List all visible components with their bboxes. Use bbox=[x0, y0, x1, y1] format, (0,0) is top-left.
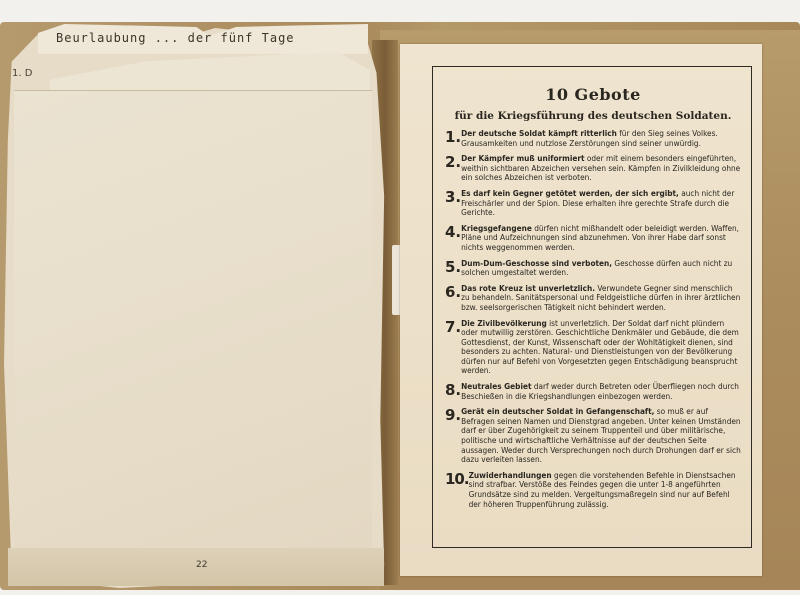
card-subtitle: für die Kriegsführung des deutschen Sold… bbox=[445, 110, 741, 122]
rule-bold-phrase: Neutrales Gebiet bbox=[461, 381, 531, 391]
left-page bbox=[14, 90, 372, 551]
rule-bold-phrase: Der Kämpfer muß uniformiert bbox=[461, 153, 584, 163]
rule-text: Der Kämpfer muß uniformiert oder mit ein… bbox=[461, 154, 741, 183]
rule-bold-phrase: Es darf kein Gegner getötet werden, der … bbox=[461, 188, 679, 198]
rule-text: Es darf kein Gegner getötet werden, der … bbox=[461, 189, 741, 218]
rule-bold-phrase: Die Zivilbevölkerung bbox=[461, 318, 547, 328]
rule-item: 1. Der deutsche Soldat kämpft ritterlich… bbox=[445, 129, 741, 148]
rule-text: Zuwiderhandlungen gegen die vorstehenden… bbox=[469, 471, 741, 509]
rule-number: 9. bbox=[445, 408, 461, 423]
rule-item: 8. Neutrales Gebiet darf weder durch Bet… bbox=[445, 382, 741, 401]
rule-number: 6. bbox=[445, 285, 461, 300]
rule-text: Gerät ein deutscher Soldat in Gefangensc… bbox=[461, 407, 741, 465]
rule-number: 2. bbox=[445, 155, 461, 170]
card-title: 10 Gebote bbox=[445, 85, 741, 104]
rule-item: 7. Die Zivilbevölkerung ist unverletzlic… bbox=[445, 319, 741, 377]
rule-text: Kriegsgefangene dürfen nicht mißhandelt … bbox=[461, 224, 741, 253]
page-number: 22 bbox=[196, 560, 207, 570]
rule-number: 3. bbox=[445, 190, 461, 205]
rule-body: so muß er auf Befragen seinen Namen und … bbox=[461, 406, 741, 464]
rule-number: 10. bbox=[445, 472, 469, 487]
rule-number: 5. bbox=[445, 260, 461, 275]
rule-number: 8. bbox=[445, 383, 461, 398]
rule-bold-phrase: Kriegsgefangene bbox=[461, 223, 532, 233]
ten-commandments-card: 10 Gebote für die Kriegsführung des deut… bbox=[400, 44, 762, 576]
rule-item: 6. Das rote Kreuz ist unverletzlich. Ver… bbox=[445, 284, 741, 313]
rule-bold-phrase: Gerät ein deutscher Soldat in Gefangensc… bbox=[461, 406, 654, 416]
card-frame: 10 Gebote für die Kriegsführung des deut… bbox=[432, 66, 752, 548]
rule-bold-phrase: Zuwiderhandlungen bbox=[469, 470, 552, 480]
rule-text: Das rote Kreuz ist unverletzlich. Verwun… bbox=[461, 284, 741, 313]
rule-number: 4. bbox=[445, 225, 461, 240]
item-number: 1. D bbox=[12, 68, 32, 79]
rule-bold-phrase: Dum-Dum-Geschosse sind verboten, bbox=[461, 258, 612, 268]
rule-item: 3. Es darf kein Gegner getötet werden, d… bbox=[445, 189, 741, 218]
rule-item: 4. Kriegsgefangene dürfen nicht mißhande… bbox=[445, 224, 741, 253]
rule-bold-phrase: Der deutsche Soldat kämpft ritterlich bbox=[461, 128, 617, 138]
rule-item: 2. Der Kämpfer muß uniformiert oder mit … bbox=[445, 154, 741, 183]
rule-bold-phrase: Das rote Kreuz ist unverletzlich. bbox=[461, 283, 595, 293]
rule-number: 7. bbox=[445, 320, 461, 335]
rule-item: 9. Gerät ein deutscher Soldat in Gefange… bbox=[445, 407, 741, 465]
rule-number: 1. bbox=[445, 130, 461, 145]
rule-body: ist unverletzlich. Der Soldat darf nicht… bbox=[461, 318, 739, 376]
rule-item: 5. Dum-Dum-Geschosse sind verboten, Gesc… bbox=[445, 259, 741, 278]
rule-text: Die Zivilbevölkerung ist unverletzlich. … bbox=[461, 319, 741, 377]
rule-item: 10. Zuwiderhandlungen gegen die vorstehe… bbox=[445, 471, 741, 509]
torn-heading: Beurlaubung ... der fünf Tage bbox=[56, 31, 295, 45]
soldbuch-photo: Beurlaubung ... der fünf Tage 1. D 22 10… bbox=[0, 0, 800, 595]
rule-text: Der deutsche Soldat kämpft ritterlich fü… bbox=[461, 129, 741, 148]
rule-text: Dum-Dum-Geschosse sind verboten, Geschos… bbox=[461, 259, 741, 278]
rule-text: Neutrales Gebiet darf weder durch Betret… bbox=[461, 382, 741, 401]
rules-list: 1. Der deutsche Soldat kämpft ritterlich… bbox=[445, 129, 741, 509]
